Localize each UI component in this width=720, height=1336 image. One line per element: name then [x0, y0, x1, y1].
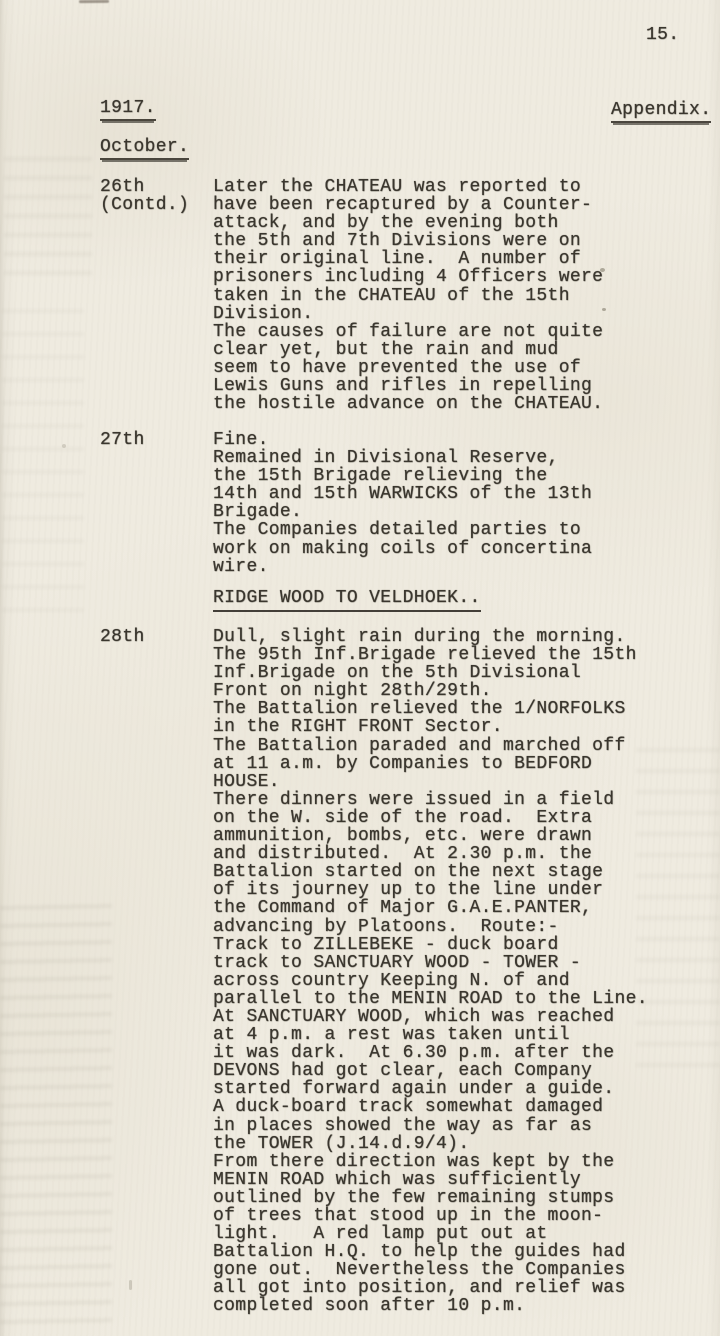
ink-bleed-through: [636, 740, 720, 1070]
entry-text: Fine. Remained in Divisional Reserve, th…: [213, 431, 592, 576]
paper-speck: [129, 1280, 132, 1290]
appendix-heading-text: Appendix.: [611, 100, 711, 123]
year-heading-text: 1917.: [100, 98, 156, 121]
entry-date: 28th: [100, 628, 145, 646]
ink-bleed-through: [2, 300, 84, 630]
ink-bleed-through: [4, 150, 92, 280]
ink-bleed-through: [0, 900, 112, 1330]
appendix-heading: Appendix.: [611, 100, 711, 123]
entry-text: Later the CHATEAU was reported to have b…: [213, 178, 603, 413]
month-heading: October.: [100, 137, 189, 160]
paper-speck: [62, 444, 66, 448]
year-heading: 1917.: [100, 98, 156, 121]
entry-date: 27th: [100, 431, 145, 449]
section-heading-text: RIDGE WOOD TO VELDHOEK..: [213, 588, 481, 612]
scan-edge-mark: [79, 0, 109, 3]
page-number: 15.: [646, 26, 679, 44]
war-diary-scanned-page: 15. 1917. Appendix. October. 26th (Contd…: [0, 0, 720, 1336]
month-heading-text: October.: [100, 137, 189, 160]
entry-text: Dull, slight rain during the morning. Th…: [213, 628, 648, 1316]
entry-date: 26th (Contd.): [100, 178, 189, 214]
section-heading: RIDGE WOOD TO VELDHOEK..: [213, 588, 481, 612]
